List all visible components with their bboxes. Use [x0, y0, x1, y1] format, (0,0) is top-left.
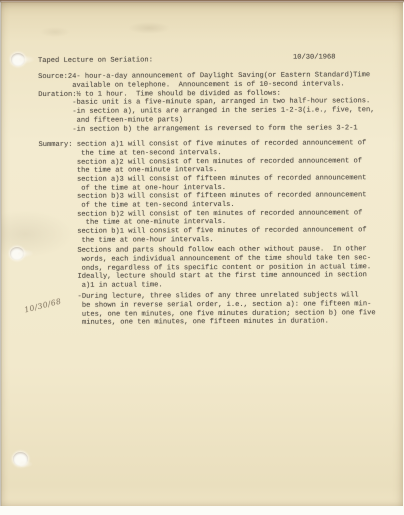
typed-paragraph-summary-section-b: section b)3 will consist of fifteen minu…	[39, 191, 367, 245]
typewritten-text-layer: Taped Lecture on Seriation: 10/30/1968 S…	[0, 0, 404, 515]
typed-paragraph-summary-section-a: Summary: section a)1 will consist of fiv…	[38, 139, 366, 193]
typed-paragraph-pacing-note: Sections and parts should follow each ot…	[39, 245, 371, 291]
typed-paragraph-source-duration: Source:24- hour-a-day announcement of Da…	[38, 71, 375, 134]
doc-title: Taped Lecture on Seriation:	[38, 56, 153, 65]
scan-bottom-strip	[0, 506, 404, 515]
typed-paragraph-slides-note: -During lecture, three slides of any thr…	[39, 291, 375, 328]
doc-date: 10/30/1968	[293, 53, 336, 62]
